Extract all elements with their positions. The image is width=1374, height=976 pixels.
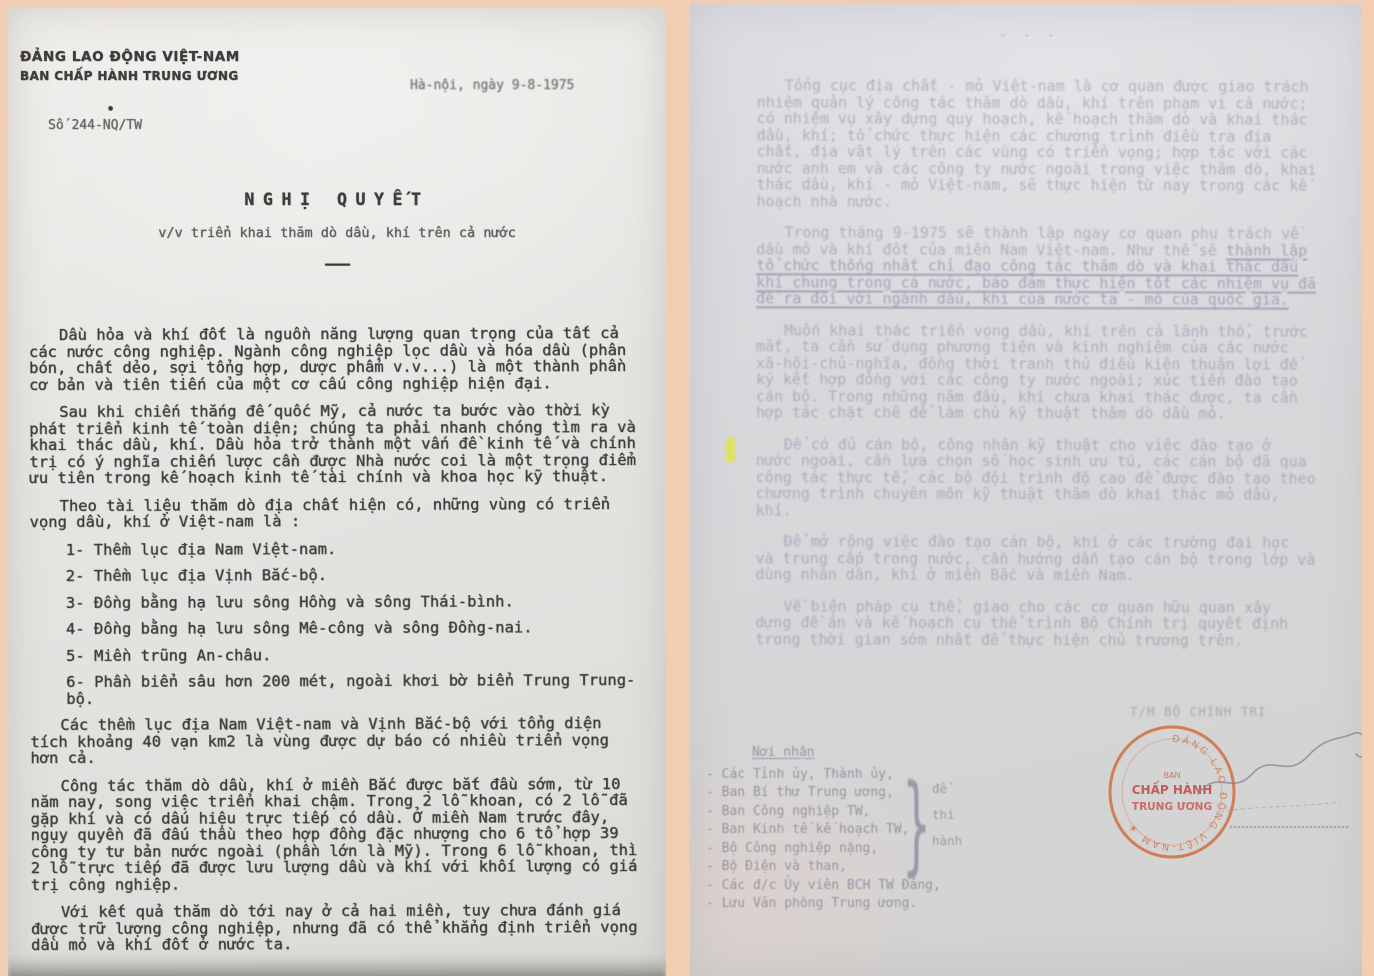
brace-note-word: thi: [932, 802, 962, 828]
scan-background-edge: [1362, 4, 1368, 976]
list-item: 4- Đồng bằng hạ lưu sông Mê-công và sông…: [66, 619, 642, 638]
typed-name-faded: [1230, 812, 1348, 828]
paragraph: Trong tháng 9-1975 sẽ thành lập ngay cơ …: [756, 224, 1316, 308]
paragraph: Với kết quả thăm dò tới nay ở cả hai miề…: [31, 902, 643, 954]
paragraph: Muốn khai thác triển vọng dầu, khí trên …: [756, 322, 1316, 422]
issuing-org: ĐẢNG LAO ĐỘNG VIỆT-NAM BAN CHẤP HÀNH TRU…: [20, 48, 240, 86]
page-separator-mark: - - -: [690, 28, 1368, 43]
dateline: Hà-nội, ngày 9-8-1975: [410, 78, 574, 93]
paragraph: Công tác thăm dò dầu, khí ở miền Bắc đượ…: [30, 775, 642, 893]
brace-glyph: }: [902, 760, 931, 887]
handwritten-signature: [1190, 716, 1368, 826]
document-number: Số 244-NQ/TW: [48, 118, 142, 133]
paragraph: Tổng cục địa chất - mỏ Việt-nam là cơ qu…: [756, 77, 1316, 210]
paragraph: Các thềm lục địa Nam Việt-nam và Vịnh Bắ…: [30, 715, 642, 767]
scanned-document-photo: { "background_color": "#f2cdb4", "stamp_…: [0, 0, 1374, 976]
recipient-item: - Các đ/c Ủy viên BCH TW Đảng,: [706, 877, 1006, 896]
highlight-mark: [726, 438, 735, 462]
org-committee: BAN CHẤP HÀNH TRUNG ƯƠNG: [20, 67, 240, 86]
paragraph-text: Trong tháng 9-1975 sẽ thành lập ngay cơ …: [756, 223, 1299, 259]
left-page: ĐẢNG LAO ĐỘNG VIỆT-NAM BAN CHẤP HÀNH TRU…: [8, 8, 666, 976]
brace-note: để thi hành: [932, 776, 962, 854]
faded-body-text: Tổng cục địa chất - mỏ Việt-nam là cơ qu…: [755, 77, 1317, 663]
right-page: - - - Tổng cục địa chất - mỏ Việt-nam là…: [690, 4, 1368, 976]
stamp-center-line1: BAN: [1164, 771, 1181, 780]
list-item: 2- Thềm lục địa Vịnh Bắc-bộ.: [66, 566, 642, 585]
prospect-regions-list: 1- Thềm lục địa Nam Việt-nam. 2- Thềm lụ…: [30, 539, 643, 707]
document-title: NGHỊ QUYẾT: [8, 190, 666, 209]
brace-note-word: để: [932, 776, 962, 802]
list-item: 3- Đồng bằng hạ lưu sông Hồng và sông Th…: [66, 592, 642, 611]
divider-rule: ———: [8, 255, 666, 273]
brace-note-word: hành: [932, 828, 962, 854]
recipient-item: - Bộ Điện và than,: [706, 858, 1006, 877]
list-item: 5- Miền trũng An-châu.: [66, 645, 642, 664]
paragraph: Về biện pháp cụ thể, giao cho các cơ qua…: [755, 598, 1315, 649]
document-subject: v/v triển khai thăm dò dầu, khí trên cả …: [8, 225, 666, 241]
list-item: 6- Phần biển sâu hơn 200 mét, ngoài khơi…: [66, 672, 642, 707]
recipients-header: Nơi nhận: [752, 744, 1006, 763]
scan-edge-shadow: [8, 956, 666, 976]
paragraph: Sau khi chiến thắng đế quốc Mỹ, cả nước …: [29, 402, 641, 487]
paragraph: Để mở rộng việc đào tạo cán bộ, khí ở cá…: [755, 533, 1315, 584]
paragraph: Để có đủ cán bộ, công nhân kỹ thuật cho …: [756, 436, 1316, 520]
paragraph: Theo tài liệu thăm dò địa chất hiện có, …: [29, 495, 641, 530]
list-item: 1- Thềm lục địa Nam Việt-nam.: [66, 539, 642, 558]
recipient-item: - Lưu Văn phòng Trung ương.: [706, 895, 1006, 914]
paragraph: Dầu hỏa và khí đốt là nguồn năng lượng q…: [29, 325, 641, 393]
org-name: ĐẢNG LAO ĐỘNG VIỆT-NAM: [20, 48, 240, 67]
star-separator: •: [106, 100, 115, 118]
body-text: Dầu hỏa và khí đốt là nguồn năng lượng q…: [29, 325, 643, 965]
